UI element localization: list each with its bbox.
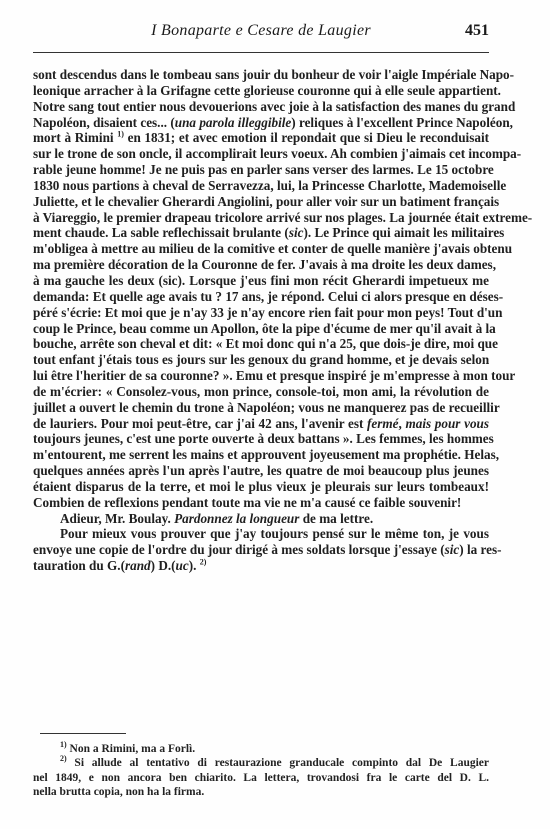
italic-abbrev: rand: [125, 558, 151, 573]
text-line: étaient disparus de la terre, et moi le …: [33, 479, 489, 495]
text-line: à ma gauche les deux (sic). Lorsque j'eu…: [33, 273, 489, 289]
page-number: 451: [465, 22, 489, 40]
text-line: demanda: Et quelle age avais tu ? 17 ans…: [33, 289, 489, 305]
book-page: I Bonaparte e Cesare de Laugier 451 sont…: [0, 0, 550, 829]
footnote-2-line: nella brutta copia, non ha la firma.: [33, 785, 489, 799]
text-line: sur le trone de son oncle, il accomplira…: [33, 146, 489, 162]
text-line: coup le Prince, beau comme un Apollon, ô…: [33, 321, 489, 337]
footnote-text: Non a Rimini, ma a Forlì.: [67, 743, 195, 755]
text-line: sont descendus dans le tombeau sans joui…: [33, 67, 489, 83]
italic-note: una parola illeggibile: [175, 115, 292, 130]
text-line: Notre sang tout entier nous devouerions …: [33, 99, 489, 115]
footnote-2-line: nel 1849, e non ancora ben chiarito. La …: [33, 771, 489, 785]
text-span: ) reliques à l'excellent Prince Napoléon…: [291, 115, 513, 130]
text-line: à Viareggio, le premier drapeau tricolor…: [33, 210, 489, 226]
text-span: Napoléon, disaient ces... (: [33, 115, 175, 130]
italic-word: fermé: [367, 416, 399, 431]
footnote-ref-2[interactable]: 2): [200, 558, 207, 567]
body-text: sont descendus dans le tombeau sans joui…: [33, 67, 489, 574]
text-line: m'obligea à mettre au milieu de la comit…: [33, 241, 489, 257]
text-span: envoye une copie de l'ordre du jour diri…: [33, 542, 445, 557]
italic-abbrev: uc: [176, 558, 189, 573]
text-line: leonique arracher à la Grifagne cette gl…: [33, 83, 489, 99]
text-span: ) la res-: [459, 542, 501, 557]
text-line: péré s'écrie: Et moi que je n'ay 33 je n…: [33, 305, 489, 321]
paragraph-farewell: Adieur, Mr. Boulay. Pardonnez la longueu…: [33, 511, 489, 527]
running-title: I Bonaparte e Cesare de Laugier: [33, 22, 489, 40]
text-line: Juliette, et le chevalier Gherardi Angio…: [33, 194, 489, 210]
text-span: ).: [189, 558, 200, 573]
text-line: Combien de reflexions pendant toute ma v…: [33, 495, 489, 511]
footnotes: 1) Non a Rimini, ma a Forlì. 2) Si allud…: [33, 742, 489, 799]
text-span: de lauriers. Pour moi peut-être, car j'a…: [33, 416, 367, 431]
running-head: I Bonaparte e Cesare de Laugier 451: [33, 22, 489, 42]
text-span: en 1831; et avec emotion il repondait qu…: [124, 130, 489, 145]
text-line: mort à Rimini 1) en 1831; et avec emotio…: [33, 130, 489, 146]
footnote-rule: [40, 733, 126, 734]
text-span: tauration du G.(: [33, 558, 125, 573]
text-span: Adieur, Mr. Boulay.: [60, 511, 174, 526]
text-line: bouche, arrête son cheval et dit: « Et m…: [33, 336, 489, 352]
footnote-marker-1: 1): [60, 740, 67, 749]
text-span: ) D.(: [151, 558, 176, 573]
text-span: ). Le Prince qui aimait les militaires: [303, 225, 504, 240]
paragraph-postscript: Pour mieux vous prouver que j'ay toujour…: [33, 526, 489, 574]
text-line: juillet a ouvert le chemin du trone à Na…: [33, 400, 489, 416]
footnote-ref-1[interactable]: 1): [117, 130, 124, 139]
italic-sic: sic: [289, 225, 304, 240]
text-span: de ma lettre.: [299, 511, 373, 526]
text-line: m'entourent, me serrent les mains et app…: [33, 447, 489, 463]
header-rule: [33, 52, 489, 53]
footnote-marker-2: 2): [60, 754, 67, 763]
text-line: ment chaude. La sable reflechissait brul…: [33, 225, 489, 241]
text-line: Napoléon, disaient ces... (una parola il…: [33, 115, 489, 131]
text-line: ma première décoration de la Couronne de…: [33, 257, 489, 273]
text-line: de m'écrier: « Consolez-vous, mon prince…: [33, 384, 489, 400]
text-line: quelques années après l'un après l'autre…: [33, 463, 489, 479]
italic-sic: sic: [445, 542, 460, 557]
text-line: de lauriers. Pour moi peut-être, car j'a…: [33, 416, 489, 432]
italic-phrase: Pardonnez la longueur: [174, 511, 299, 526]
footnote-2-line: 2) Si allude al tentativo di restaurazio…: [33, 756, 489, 770]
text-span: ment chaude. La sable reflechissait brul…: [33, 225, 289, 240]
italic-phrase: mais pour vous: [405, 416, 489, 431]
text-line: Pour mieux vous prouver que j'ay toujour…: [33, 526, 489, 542]
footnote-1: 1) Non a Rimini, ma a Forlì.: [33, 742, 489, 756]
text-line: toujours jeunes, c'est une porte ouverte…: [33, 431, 489, 447]
footnote-text: Si allude al tentativo di restaurazione …: [67, 757, 489, 769]
text-span: mort à Rimini: [33, 130, 117, 145]
text-line: tauration du G.(rand) D.(uc). 2): [33, 558, 489, 574]
paragraph-letter-body: sont descendus dans le tombeau sans joui…: [33, 67, 489, 511]
text-line: tout enfant j'étais tous es jours sur le…: [33, 352, 489, 368]
text-line: lui être l'heritier de sa couronne? ». E…: [33, 368, 489, 384]
text-line: 1830 nous partions à cheval de Serravezz…: [33, 178, 489, 194]
text-line: rable jeune homme! Je ne puis pas en par…: [33, 162, 489, 178]
text-line: envoye une copie de l'ordre du jour diri…: [33, 542, 489, 558]
